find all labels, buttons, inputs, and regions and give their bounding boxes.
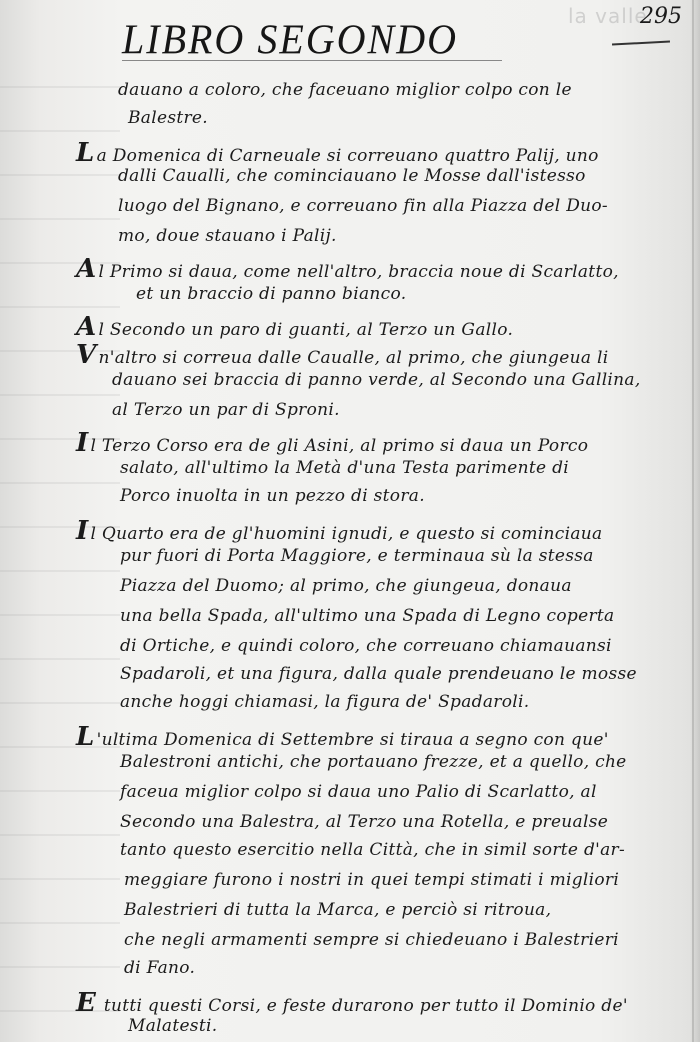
line-text: meggiare furono i nostri in quei tempi s… xyxy=(124,870,619,890)
line-text: tanto questo esercitio nella Città, che … xyxy=(120,840,625,860)
manuscript-line: mo, doue stauano i Palij. xyxy=(118,226,337,246)
line-text: luogo del Bignano, e correuano fin alla … xyxy=(118,196,608,216)
manuscript-line: Al Secondo un paro di guanti, al Terzo u… xyxy=(76,312,513,342)
manuscript-line: L'ultima Domenica di Settembre si tiraua… xyxy=(76,722,609,752)
manuscript-line: Il Quarto era de gl'huomini ignudi, e qu… xyxy=(76,516,602,546)
line-text: Secondo una Balestra, al Terzo una Rotel… xyxy=(120,812,608,832)
line-text: faceua miglior colpo si daua uno Palio d… xyxy=(120,782,597,802)
manuscript-line: luogo del Bignano, e correuano fin alla … xyxy=(118,196,608,216)
paragraph-initial: I xyxy=(76,516,88,546)
line-text: Balestre. xyxy=(128,108,208,128)
paragraph-initial: A xyxy=(76,254,96,284)
line-text: salato, all'ultimo la Metà d'una Testa p… xyxy=(120,458,569,478)
manuscript-line: Piazza del Duomo; al primo, che giungeua… xyxy=(120,576,572,596)
manuscript-line: anche hoggi chiamasi, la figura de' Spad… xyxy=(120,692,529,712)
manuscript-line: dauano sei braccia di panno verde, al Se… xyxy=(112,370,641,390)
manuscript-line: meggiare furono i nostri in quei tempi s… xyxy=(124,870,619,890)
manuscript-line: Porco inuolta in un pezzo di stora. xyxy=(120,486,425,506)
manuscript-line: Vn'altro si correua dalle Caualle, al pr… xyxy=(76,340,608,370)
manuscript-line: che negli armamenti sempre si chiedeuano… xyxy=(124,930,619,950)
line-text: pur fuori di Porta Maggiore, e terminaua… xyxy=(120,546,594,566)
line-text: dalli Caualli, che cominciauano le Mosse… xyxy=(118,166,586,186)
manuscript-line: Malatesti. xyxy=(128,1016,217,1036)
manuscript-line: Balestrieri di tutta la Marca, e perciò … xyxy=(124,900,551,920)
line-text: mo, doue stauano i Palij. xyxy=(118,226,337,246)
paragraph-initial: A xyxy=(76,312,96,342)
paragraph-initial: I xyxy=(76,428,88,458)
line-text: Balestrieri di tutta la Marca, e perciò … xyxy=(124,900,551,920)
manuscript-page: la valle 295 LIBRO SEGONDO dauano a colo… xyxy=(0,0,700,1042)
manuscript-line: salato, all'ultimo la Metà d'una Testa p… xyxy=(120,458,569,478)
line-text: di Ortiche, e quindi coloro, che correua… xyxy=(120,636,612,656)
manuscript-line: Spadaroli, et una figura, dalla quale pr… xyxy=(120,664,637,684)
manuscript-line: dalli Caualli, che cominciauano le Mosse… xyxy=(118,166,586,186)
manuscript-line: Balestroni antichi, che portauano frezze… xyxy=(120,752,627,772)
line-text: l Terzo Corso era de gli Asini, al primo… xyxy=(90,436,588,456)
line-text: 'ultima Domenica di Settembre si tiraua … xyxy=(97,730,609,750)
line-text: a Domenica di Carneuale si correuano qua… xyxy=(97,146,599,166)
paragraph-initial: E xyxy=(76,988,96,1018)
line-text: Balestroni antichi, che portauano frezze… xyxy=(120,752,627,772)
manuscript-line: tanto questo esercitio nella Città, che … xyxy=(120,840,625,860)
line-text: una bella Spada, all'ultimo una Spada di… xyxy=(120,606,614,626)
folio-number: 295 xyxy=(640,4,682,29)
paragraph-initial: L xyxy=(76,722,95,752)
manuscript-line: Balestre. xyxy=(128,108,208,128)
line-text: dauano sei braccia di panno verde, al Se… xyxy=(112,370,641,390)
manuscript-line: faceua miglior colpo si daua uno Palio d… xyxy=(120,782,597,802)
manuscript-line: una bella Spada, all'ultimo una Spada di… xyxy=(120,606,614,626)
line-text: Piazza del Duomo; al primo, che giungeua… xyxy=(120,576,572,596)
page-heading: LIBRO SEGONDO xyxy=(122,15,458,64)
paragraph-initial: L xyxy=(76,138,95,168)
line-text: l Quarto era de gl'huomini ignudi, e que… xyxy=(90,524,602,544)
line-text: di Fano. xyxy=(124,958,195,978)
watermark: la valle xyxy=(568,4,648,28)
line-text: n'altro si correua dalle Caualle, al pri… xyxy=(98,348,608,368)
line-text: l Primo si daua, come nell'altro, bracci… xyxy=(98,262,618,282)
line-text: Porco inuolta in un pezzo di stora. xyxy=(120,486,425,506)
manuscript-line: E tutti questi Corsi, e feste durarono p… xyxy=(76,988,628,1018)
line-text: anche hoggi chiamasi, la figura de' Spad… xyxy=(120,692,529,712)
line-text: tutti questi Corsi, e feste durarono per… xyxy=(98,996,628,1016)
manuscript-line: di Ortiche, e quindi coloro, che correua… xyxy=(120,636,612,656)
manuscript-line: di Fano. xyxy=(124,958,195,978)
manuscript-line: Secondo una Balestra, al Terzo una Rotel… xyxy=(120,812,608,832)
line-text: l Secondo un paro di guanti, al Terzo un… xyxy=(98,320,513,340)
manuscript-line: Il Terzo Corso era de gli Asini, al prim… xyxy=(76,428,588,458)
manuscript-line: al Terzo un par di Sproni. xyxy=(112,400,340,420)
line-text: che negli armamenti sempre si chiedeuano… xyxy=(124,930,619,950)
line-text: Malatesti. xyxy=(128,1016,217,1036)
manuscript-line: et un braccio di panno bianco. xyxy=(136,284,406,304)
heading-rule xyxy=(122,60,502,61)
manuscript-line: Al Primo si daua, come nell'altro, bracc… xyxy=(76,254,619,284)
manuscript-line: pur fuori di Porta Maggiore, e terminaua… xyxy=(120,546,594,566)
line-text: al Terzo un par di Sproni. xyxy=(112,400,340,420)
manuscript-line: dauano a coloro, che faceuano miglior co… xyxy=(118,80,572,100)
line-text: et un braccio di panno bianco. xyxy=(136,284,406,304)
paragraph-initial: V xyxy=(76,340,96,370)
line-text: dauano a coloro, che faceuano miglior co… xyxy=(118,80,572,100)
manuscript-line: La Domenica di Carneuale si correuano qu… xyxy=(76,138,599,168)
folio-underline xyxy=(612,40,670,45)
line-text: Spadaroli, et una figura, dalla quale pr… xyxy=(120,664,637,684)
